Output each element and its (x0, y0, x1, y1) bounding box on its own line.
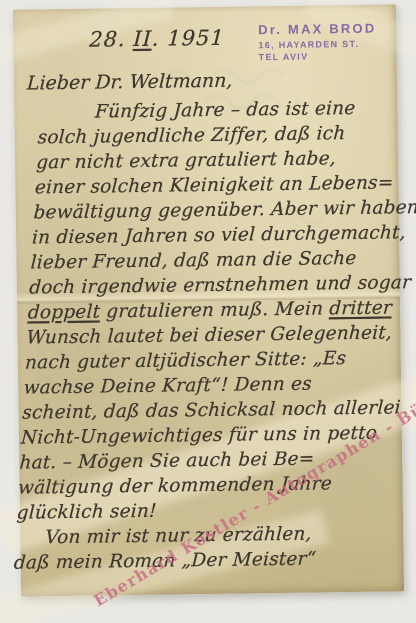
underlined-word: dritter (329, 297, 393, 319)
date-month-roman: II (133, 27, 153, 51)
letterhead-stamp: Dr. MAX BROD 16, HAYARDEN ST. TEL AVIV (258, 21, 377, 63)
letterhead-city: TEL AVIV (259, 51, 377, 63)
body-line: nach guter altjüdischer Sitte: „Es (24, 345, 397, 375)
letterhead-name: Dr. MAX BROD (258, 21, 376, 38)
letter-paper: Dr. MAX BROD 16, HAYARDEN ST. TEL AVIV 2… (13, 4, 404, 596)
letterhead-street: 16, HAYARDEN ST. (258, 39, 376, 51)
date-day: 28. (89, 27, 134, 52)
letter-date: 28. II. 1951 (89, 26, 226, 52)
body-line-text: gratulieren muß. Mein (100, 298, 330, 322)
date-year: . 1951 (151, 26, 225, 51)
letter-body: Fünfzig Jahre – das ist eine solch jugen… (13, 95, 412, 576)
salutation-line: Lieber Dr. Weltmann, (26, 70, 233, 95)
underlined-word: doppelt (27, 302, 101, 324)
letter-photo: Dr. MAX BROD 16, HAYARDEN ST. TEL AVIV 2… (0, 0, 416, 623)
